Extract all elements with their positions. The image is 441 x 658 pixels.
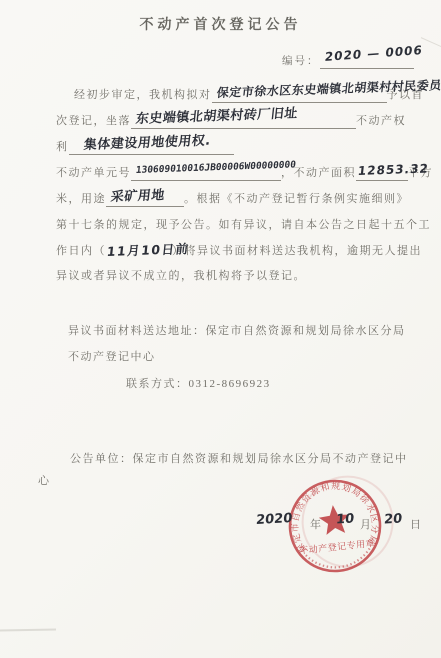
contact-text: 联系方式：0312-8696923 [126,377,271,392]
doc-number-value: 2020 — 0006 [324,43,424,65]
handwritten-area: 12853.32 [357,161,430,179]
handwritten-location: 东史端镇北胡渠村砖厂旧址 [135,106,299,127]
printed-text: 米，用途 [56,192,106,207]
contact-line: 联系方式：0312-8696923 [126,377,271,392]
date-year-label: 年 [310,516,321,532]
printed-text: 不动产单元号 [56,166,131,181]
announcement-page: 不动产首次登记公告 编号：2020 — 0006 经初步审定，我机构拟对保定市徐… [0,0,441,658]
printed-text: 次登记，坐落 [56,114,131,129]
address-line-2: 不动产登记中心 [68,350,156,365]
doc-number-blank: 2020 — 0006 [320,54,414,69]
blank-usage: 采矿用地 [106,192,184,207]
date-day-value: 20 [383,511,402,527]
handwritten-deadline: 11月10日前 [106,242,174,259]
address-line-1: 异议书面材料送达地址：保定市自然资源和规划局徐水区分局 [68,324,406,339]
blank-right-type: 集体建设用地使用权. [69,140,234,155]
printed-text: 异议或者异议不成立的，我机构将予以登记。 [56,269,306,284]
scan-scratch [421,37,441,48]
blank-location: 东史端镇北胡渠村砖厂旧址 [131,114,356,129]
doc-title: 不动产首次登记公告 [0,14,441,34]
body-line-6: 第十七条的规定，现予公告。如有异议，请自本公告之日起十五个工 [56,218,431,233]
date-line: 2020 年 10 月 20 日 [256,512,436,536]
body-line-4: 不动产单元号130609010016JB00006W00000000，不动产面积… [56,166,433,181]
body-line-7: 作日内（11月10日前）将异议书面材料送达我机构，逾期无人提出 [56,244,422,259]
scan-artifact [0,629,56,632]
blank-area: 12853.32 [356,166,408,181]
unit-text-wrap: 心 [38,474,51,489]
body-line-3: 利集体建设用地使用权. [56,140,234,155]
printed-text: 利 [56,140,69,155]
printed-text: 不动产权 [356,114,406,129]
body-line-5: 米，用途采矿用地。根据《不动产登记暂行条例实施细则》 [56,192,409,207]
body-line-1: 经初步审定，我机构拟对保定市徐水区东史端镇北胡渠村村民委员会予以首 [74,88,424,103]
handwritten-unit-number: 130609010016JB00006W00000000 [135,157,297,178]
printed-text: 。根据《不动产登记暂行条例实施细则》 [184,192,409,207]
date-month-value: 10 [335,511,354,527]
seal-label: 不动产登记专用章 [299,537,376,556]
date-month-label: 月 [360,516,371,532]
date-day-label: 日 [410,516,421,532]
blank-owner: 保定市徐水区东史端镇北胡渠村村民委员会 [212,88,387,103]
printed-text: 经初步审定，我机构拟对 [74,88,212,103]
unit-line-wrap: 心 [38,474,51,489]
date-year-value: 2020 [255,511,292,528]
doc-number-label: 编号： [282,54,320,69]
handwritten-usage: 采矿用地 [110,188,166,205]
body-line-8: 异议或者异议不成立的，我机构将予以登记。 [56,269,306,284]
body-line-2: 次登记，坐落东史端镇北胡渠村砖厂旧址不动产权 [56,114,406,129]
address-text: 不动产登记中心 [68,350,156,365]
blank-unit-number: 130609010016JB00006W00000000 [131,166,281,181]
doc-number-row: 编号：2020 — 0006 [282,54,414,69]
address-text: 异议书面材料送达地址：保定市自然资源和规划局徐水区分局 [68,324,406,339]
printed-text: 第十七条的规定，现予公告。如有异议，请自本公告之日起十五个工 [56,218,431,233]
printed-text: 作日内（ [56,244,106,259]
printed-text: ）将异议书面材料送达我机构，逾期无人提出 [172,244,422,259]
handwritten-right-type: 集体建设用地使用权. [83,134,211,153]
